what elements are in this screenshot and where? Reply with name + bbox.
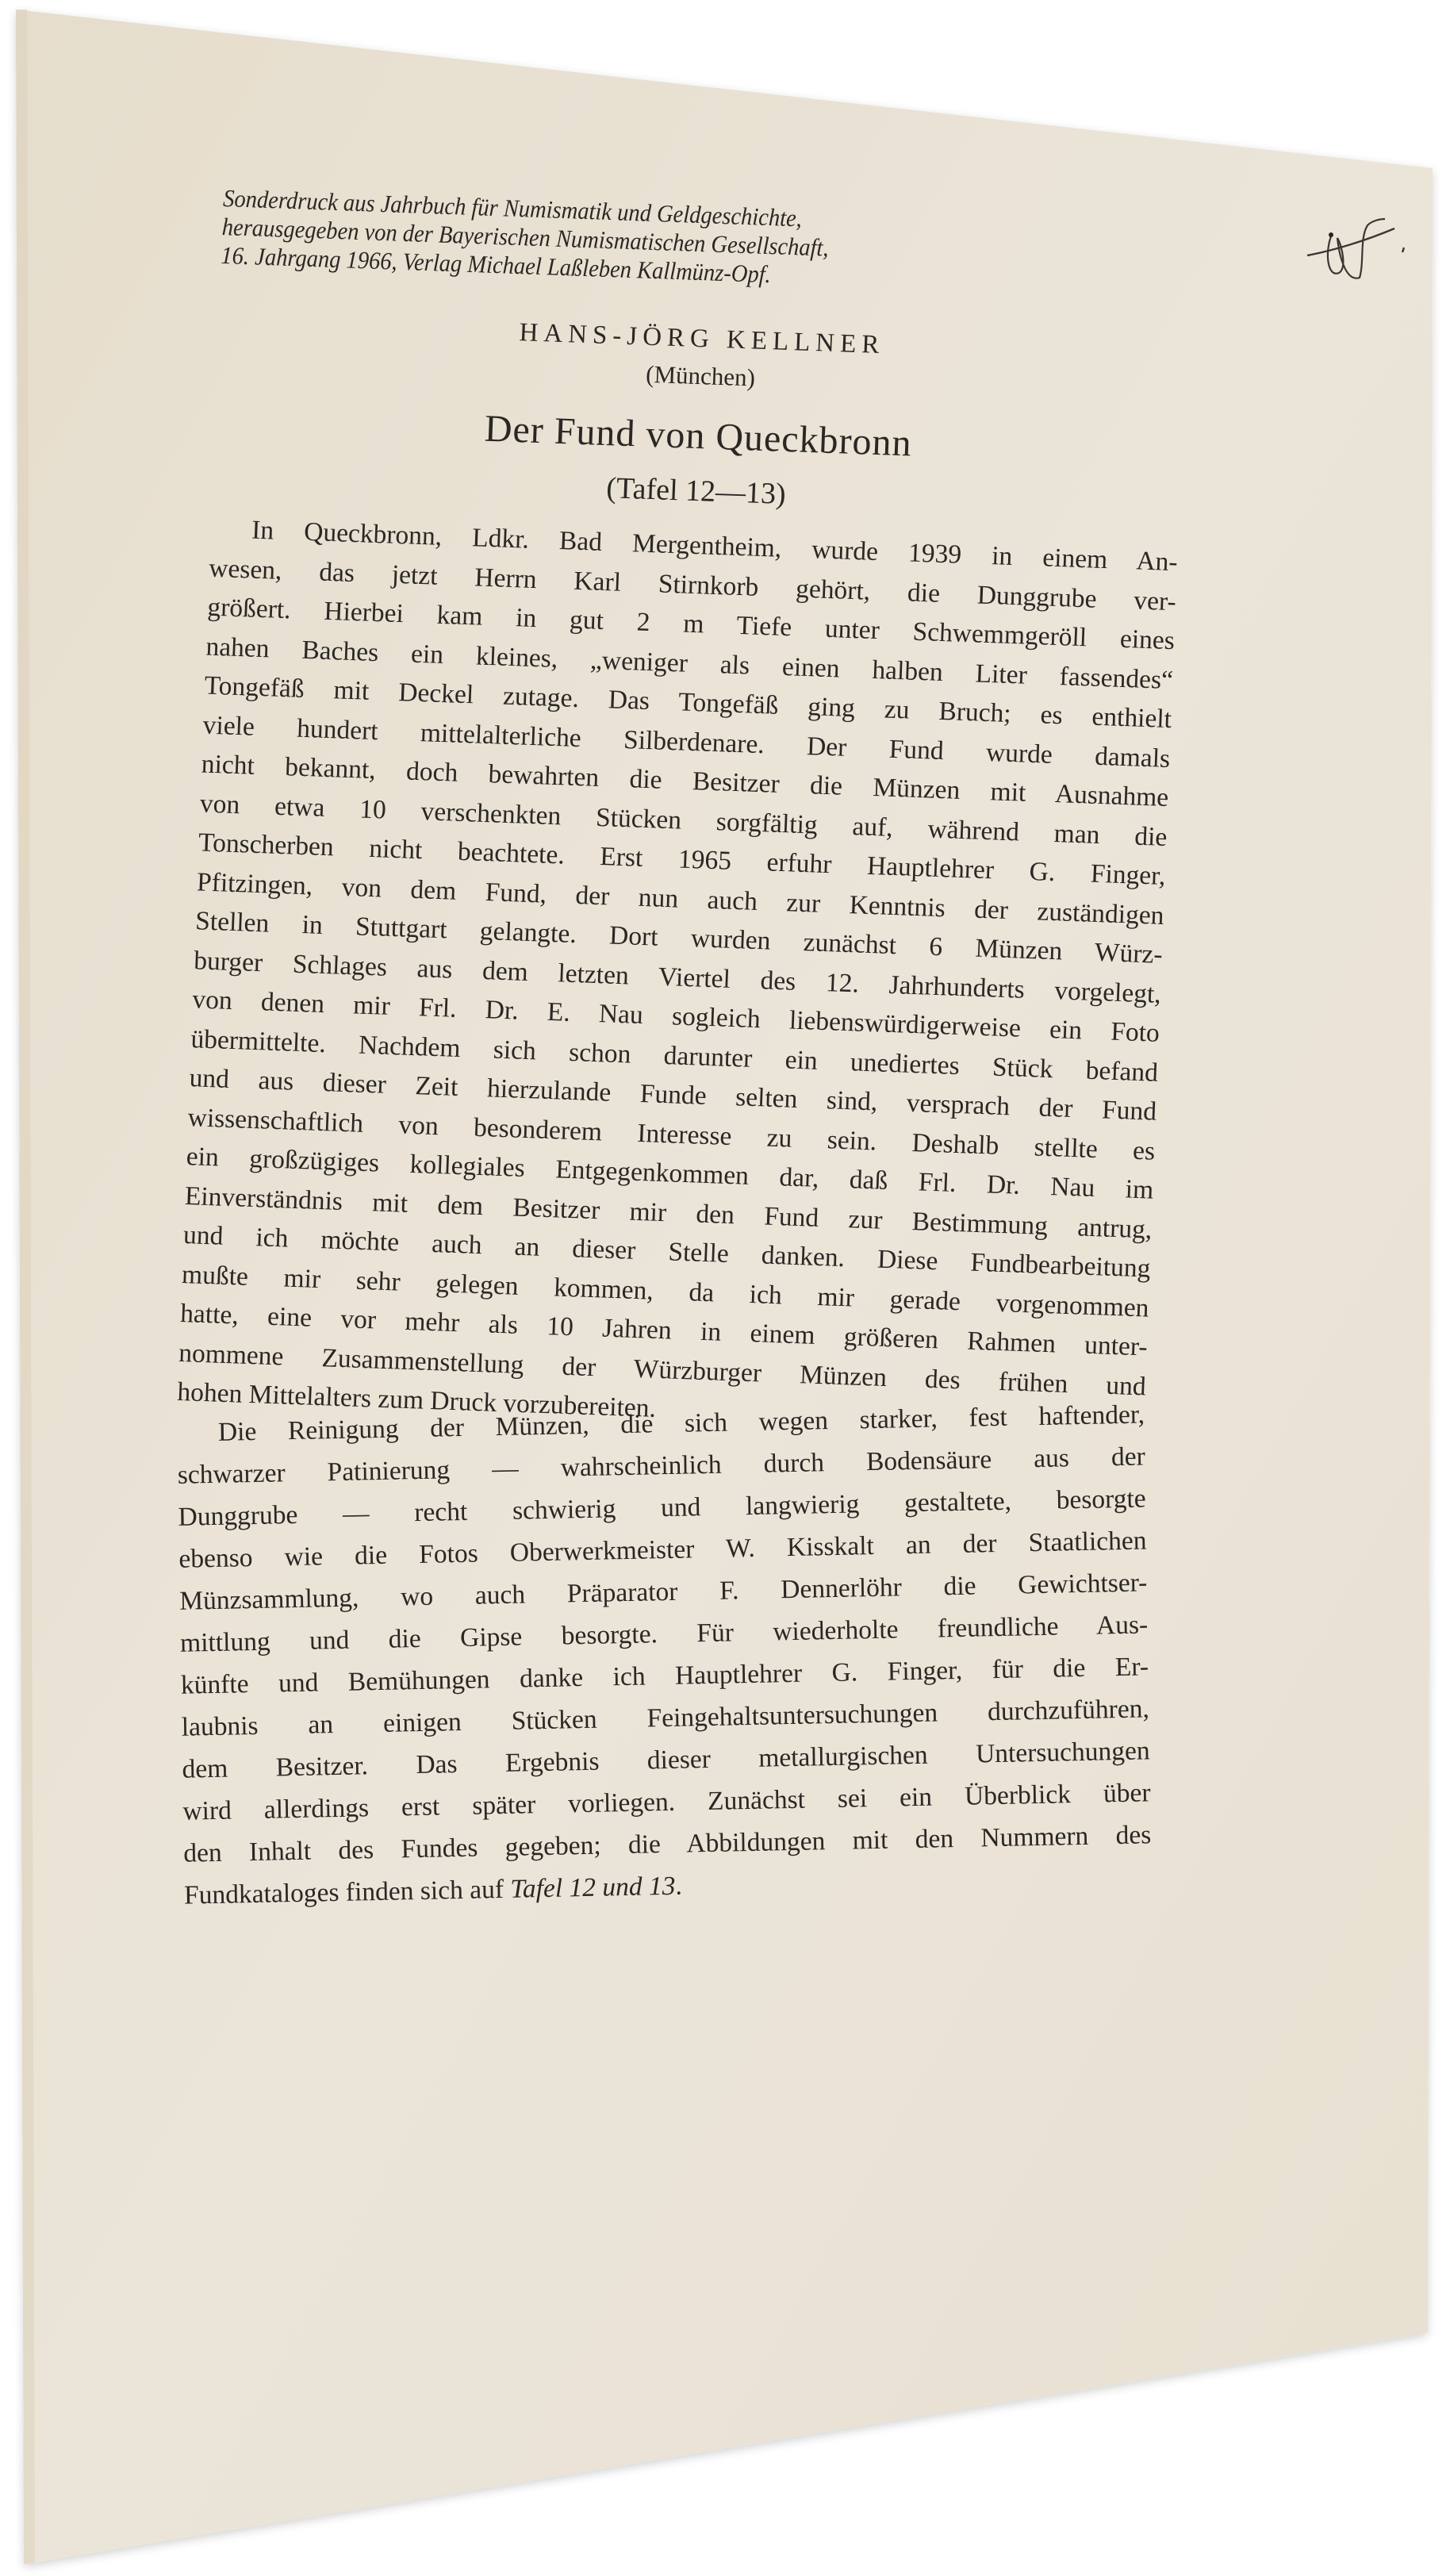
article-page: Sonderdruck aus Jahrbuch für Numismatik … [157, 184, 1191, 1949]
document-photo: Sonderdruck aus Jahrbuch für Numismatik … [0, 0, 1450, 2576]
plate-citation: Tafel 12 und 13 [510, 1871, 676, 1903]
final-line-prefix: Fundkataloges finden sich auf [184, 1874, 511, 1910]
article-body: In Queckbronn, Ldkr. Bad Mergentheim, wu… [157, 509, 1178, 1950]
signature-initials-mark-icon [1301, 206, 1412, 294]
paragraph-2: Die Reinigung der Münzen, die sich wegen… [177, 1393, 1153, 1916]
paragraph-1: In Queckbronn, Ldkr. Bad Mergentheim, wu… [177, 509, 1179, 1445]
final-line-suffix: . [675, 1871, 682, 1900]
